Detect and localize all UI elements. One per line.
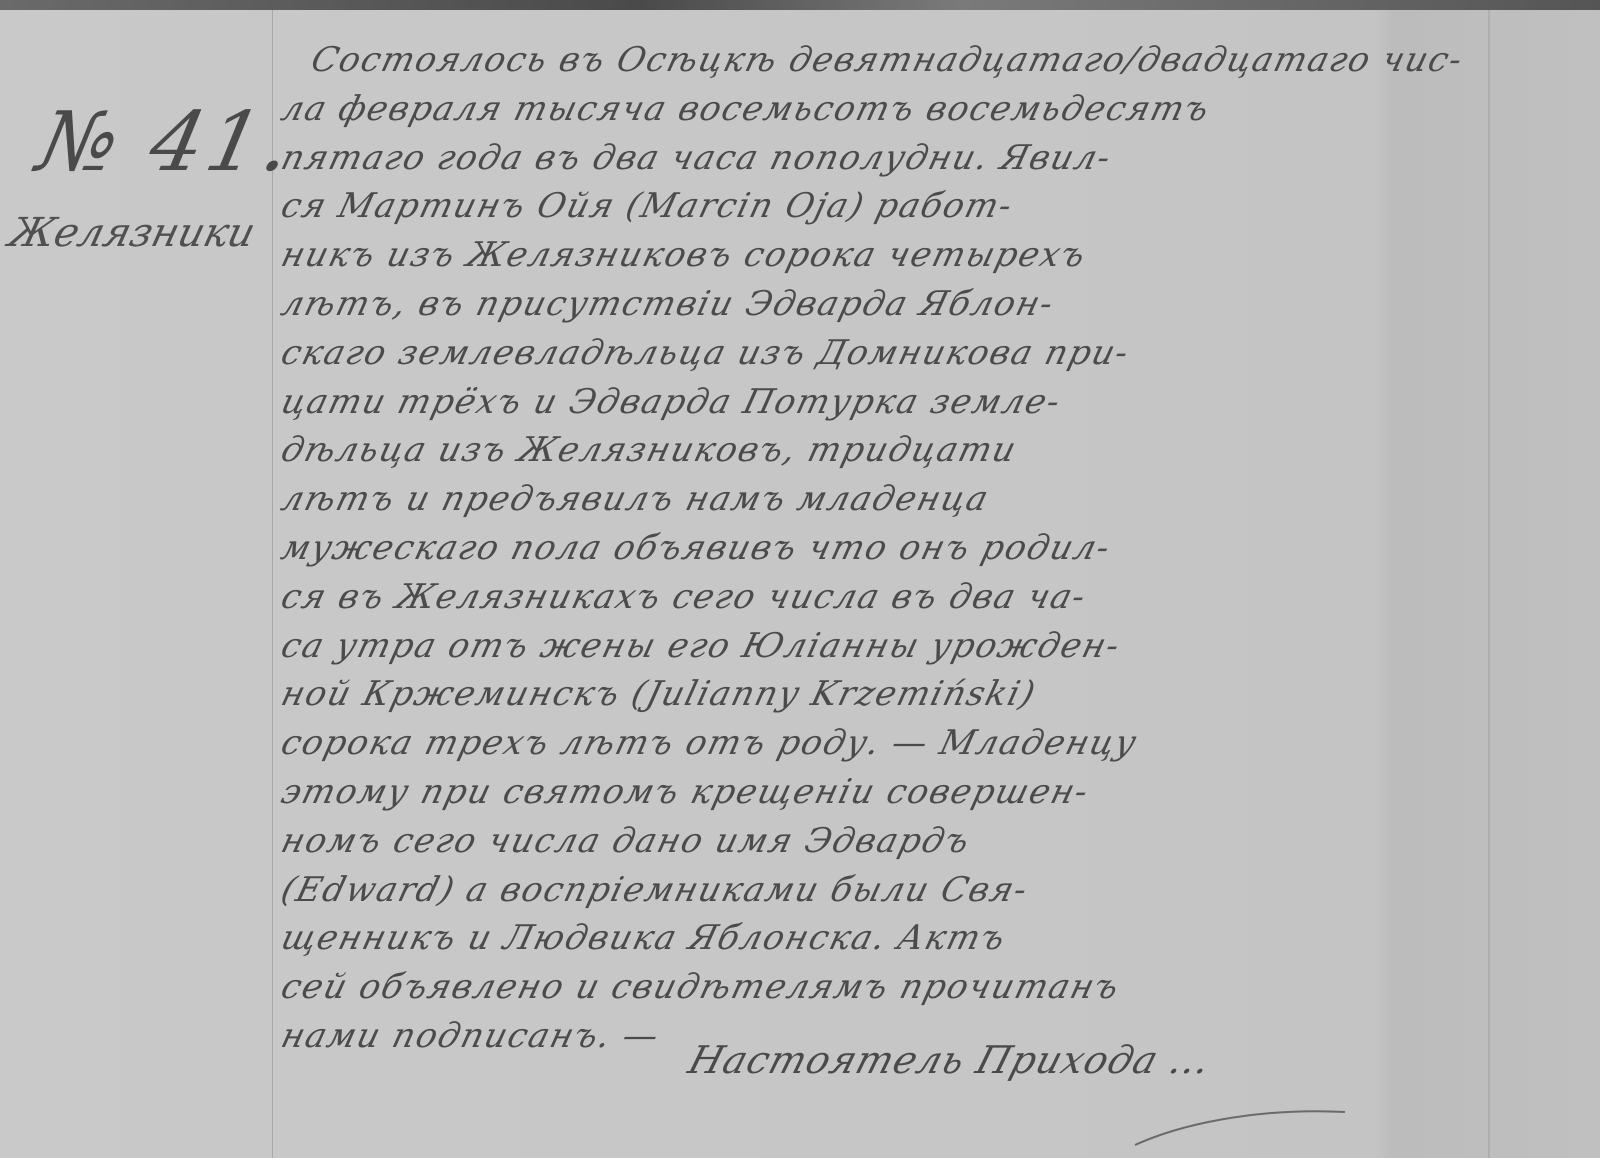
text-line: дѣльца изъ Желязниковъ, тридцати [276,426,1518,475]
text-line: лѣтъ и предъявилъ намъ младенца [276,475,1518,524]
text-line: этому при святомъ крещеніи совершен- [276,768,1518,817]
text-line: ной Кржеминскъ (Julianny Krzemiński) [276,670,1518,719]
text-line: ла февраля тысяча восемьсотъ восемьдесят… [276,85,1518,134]
text-line: пятаго года въ два часа пополудни. Явил- [276,134,1518,183]
text-line: са утра отъ жены его Юліанны урожден- [276,622,1518,671]
text-line: мужескаго пола объявивъ что онъ родил- [276,524,1518,573]
text-line: скаго землевладѣльца изъ Домникова при- [276,329,1518,378]
text-line: цати трёхъ и Эдварда Потурка земле- [276,378,1518,427]
text-line: ся въ Желязникахъ сего числа въ два ча- [276,573,1518,622]
text-line: ся Мартинъ Ойя (Marcin Oja) работ- [276,182,1518,231]
record-body: Состоялось въ Осѣцкѣ девятнадцатаго/двад… [282,36,1512,1061]
text-line: щенникъ и Людвика Яблонска. Актъ [276,914,1518,963]
text-line: Состоялось въ Осѣцкѣ девятнадцатаго/двад… [276,36,1518,85]
text-line: сей объявлено и свидѣтелямъ прочитанъ [276,963,1518,1012]
text-line: никъ изъ Желязниковъ сорока четырехъ [276,231,1518,280]
text-line: сорока трехъ лѣтъ отъ роду. — Младенцу [276,719,1518,768]
scan-top-edge [0,0,1600,10]
signature-flourish [1130,1100,1350,1150]
text-line: лѣтъ, въ присутствіи Эдварда Яблон- [276,280,1518,329]
priest-signature: Настоятель Прихода ... [684,1038,1217,1082]
text-line: (Edward) а воспріемниками были Свя- [276,866,1518,915]
entry-number: № 41. [30,95,304,190]
text-line: номъ сего числа дано имя Эдвардъ [276,817,1518,866]
entry-place: Желязники [4,210,260,256]
